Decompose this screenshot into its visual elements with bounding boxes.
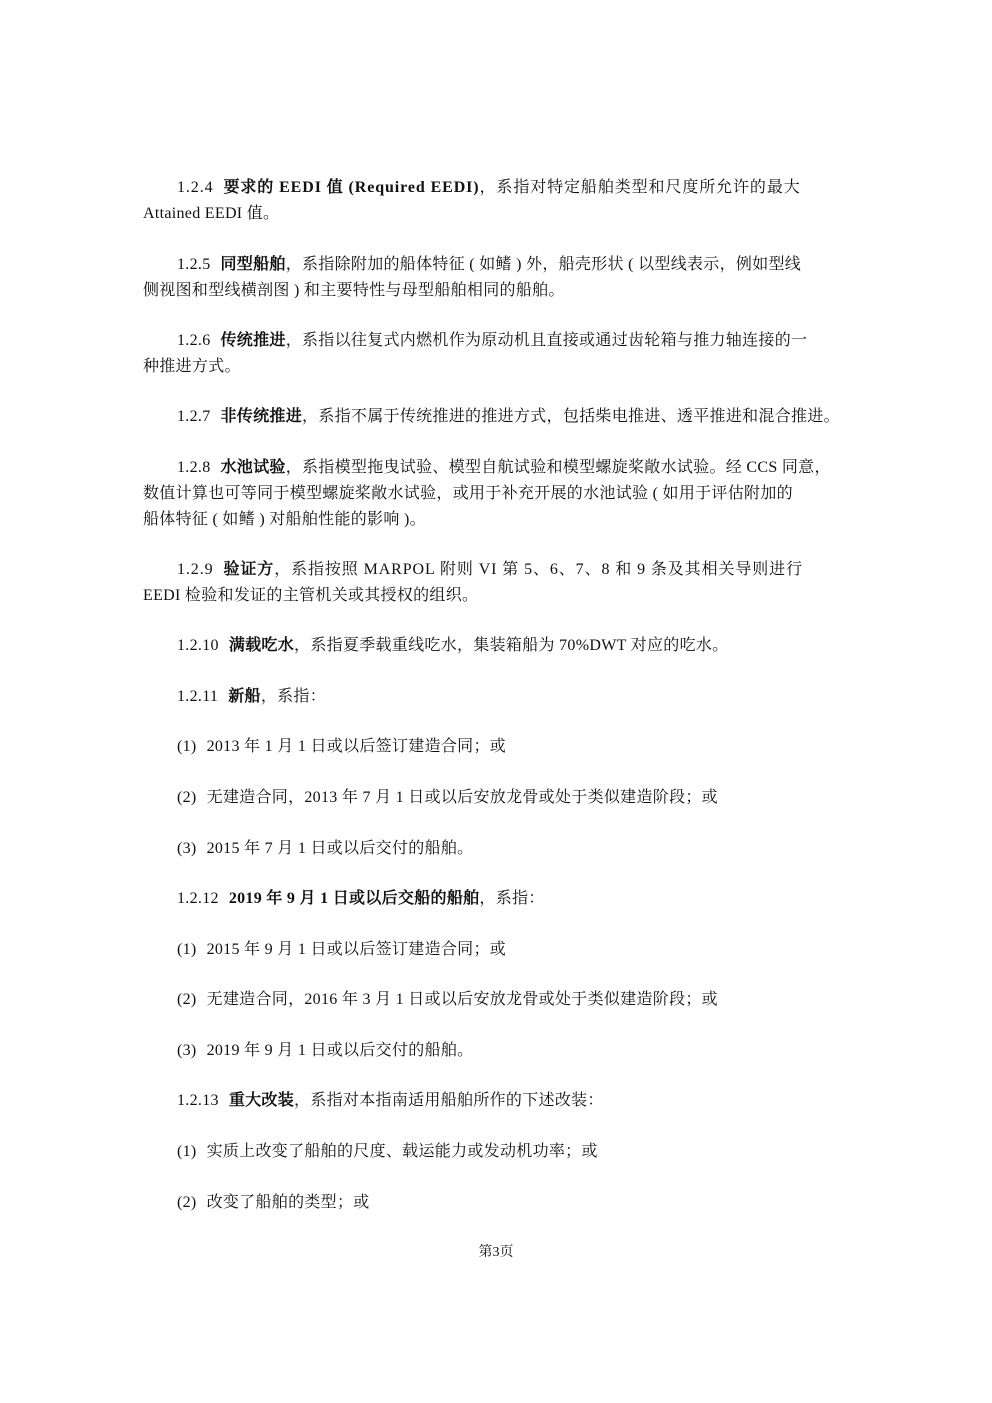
para-1-2-7-line1: 1.2.7非传统推进，系指不属于传统推进的推进方式，包括柴电推进、透平推进和混合… (177, 404, 885, 430)
definition-text: ，系指除附加的船体特征 ( 如鳍 ) 外，船壳形状 ( 以型线表示，例如型线 (286, 256, 801, 273)
para-1-2-5-line2: 侧视图和型线横剖图 ) 和主要特性与母型船舶相同的船舶。 (143, 278, 851, 304)
defined-term: 同型船舶 (221, 256, 286, 273)
list-text: 改变了船舶的类型；或 (207, 1194, 370, 1211)
document-page: 1.2.4要求的 EEDI 值 (Required EEDI)，系指对特定船舶类… (0, 0, 992, 1403)
para-1-2-6-line2: 种推进方式。 (143, 354, 851, 380)
list-label: (2) (177, 1194, 197, 1211)
defined-term: 重大改装 (229, 1092, 294, 1109)
list-text: 2015 年 7 月 1 日或以后交付的船舶。 (207, 840, 474, 857)
list-item: (2)无建造合同，2013 年 7 月 1 日或以后安放龙骨或处于类似建造阶段；… (177, 785, 885, 811)
defined-term: 传统推进 (221, 332, 286, 349)
list-item: (1)2013 年 1 月 1 日或以后签订建造合同；或 (177, 734, 885, 760)
definition-text: ，系指： (261, 688, 326, 705)
para-1-2-12-line1: 1.2.122019 年 9 月 1 日或以后交船的船舶，系指： (177, 886, 885, 912)
list-label: (1) (177, 1143, 197, 1160)
list-item: (3)2019 年 9 月 1 日或以后交付的船舶。 (177, 1038, 885, 1064)
list-text: 实质上改变了船舶的尺度、载运能力或发动机功率；或 (207, 1143, 598, 1160)
list-item: (3)2015 年 7 月 1 日或以后交付的船舶。 (177, 836, 885, 862)
clause-number: 1.2.4 (177, 179, 214, 196)
clause-number: 1.2.7 (177, 408, 211, 425)
clause-number: 1.2.6 (177, 332, 211, 349)
clause-number: 1.2.5 (177, 256, 211, 273)
page-number: 第3页 (0, 1243, 992, 1263)
para-1-2-13-line1: 1.2.13重大改装，系指对本指南适用船舶所作的下述改装： (177, 1088, 885, 1114)
para-1-2-8-line1: 1.2.8水池试验，系指模型拖曳试验、模型自航试验和模型螺旋桨敞水试验。经 CC… (177, 455, 885, 481)
list-item: (1)实质上改变了船舶的尺度、载运能力或发动机功率；或 (177, 1139, 885, 1165)
definition-text: ，系指不属于传统推进的推进方式，包括柴电推进、透平推进和混合推进。 (302, 408, 840, 425)
list-text: 2015 年 9 月 1 日或以后签订建造合同；或 (207, 941, 507, 958)
para-1-2-10-line1: 1.2.10满载吃水，系指夏季载重线吃水，集装箱船为 70%DWT 对应的吃水。 (177, 633, 885, 659)
definition-text: ，系指对特定船舶类型和尺度所允许的最大 (480, 179, 801, 196)
list-label: (1) (177, 738, 197, 755)
clause-number: 1.2.10 (177, 637, 219, 654)
para-1-2-9-line1: 1.2.9验证方，系指按照 MARPOL 附则 VI 第 5、6、7、8 和 9… (177, 557, 885, 583)
para-1-2-4-line1: 1.2.4要求的 EEDI 值 (Required EEDI)，系指对特定船舶类… (177, 175, 885, 201)
list-label: (1) (177, 941, 197, 958)
definition-text: ，系指以往复式内燃机作为原动机且直接或通过齿轮箱与推力轴连接的一 (286, 332, 808, 349)
list-item: (2)改变了船舶的类型；或 (177, 1190, 885, 1216)
list-text: 2013 年 1 月 1 日或以后签订建造合同；或 (207, 738, 507, 755)
definition-text: ，系指夏季载重线吃水，集装箱船为 70%DWT 对应的吃水。 (294, 637, 728, 654)
defined-term: 2019 年 9 月 1 日或以后交船的船舶 (229, 890, 480, 907)
definition-text: ，系指按照 MARPOL 附则 VI 第 5、6、7、8 和 9 条及其相关导则… (274, 561, 803, 578)
para-1-2-6-line1: 1.2.6传统推进，系指以往复式内燃机作为原动机且直接或通过齿轮箱与推力轴连接的… (177, 328, 885, 354)
defined-term: 验证方 (224, 561, 275, 578)
list-label: (3) (177, 1042, 197, 1059)
definition-text: ，系指对本指南适用船舶所作的下述改装： (294, 1092, 604, 1109)
defined-term: 满载吃水 (229, 637, 294, 654)
para-1-2-5-line1: 1.2.5同型船舶，系指除附加的船体特征 ( 如鳍 ) 外，船壳形状 ( 以型线… (177, 252, 885, 278)
definition-text: ，系指模型拖曳试验、模型自航试验和模型螺旋桨敞水试验。经 CCS 同意， (286, 459, 831, 476)
list-text: 无建造合同，2016 年 3 月 1 日或以后安放龙骨或处于类似建造阶段；或 (207, 991, 718, 1008)
para-1-2-8-line3: 船体特征 ( 如鳍 ) 对船舶性能的影响 )。 (143, 507, 851, 533)
list-item: (1)2015 年 9 月 1 日或以后签订建造合同；或 (177, 937, 885, 963)
clause-number: 1.2.13 (177, 1092, 219, 1109)
clause-number: 1.2.12 (177, 890, 219, 907)
defined-term: 要求的 EEDI 值 (Required EEDI) (224, 179, 480, 196)
list-label: (2) (177, 789, 197, 806)
para-1-2-11-line1: 1.2.11新船，系指： (177, 684, 885, 710)
defined-term: 新船 (228, 688, 261, 705)
list-label: (2) (177, 991, 197, 1008)
clause-number: 1.2.8 (177, 459, 211, 476)
defined-term: 非传统推进 (221, 408, 303, 425)
list-label: (3) (177, 840, 197, 857)
list-text: 无建造合同，2013 年 7 月 1 日或以后安放龙骨或处于类似建造阶段；或 (207, 789, 718, 806)
definition-text: ，系指： (479, 890, 544, 907)
clause-number: 1.2.9 (177, 561, 214, 578)
list-text: 2019 年 9 月 1 日或以后交付的船舶。 (207, 1042, 474, 1059)
defined-term: 水池试验 (221, 459, 286, 476)
clause-number: 1.2.11 (177, 688, 218, 705)
para-1-2-4-line2: Attained EEDI 值。 (143, 201, 851, 227)
list-item: (2)无建造合同，2016 年 3 月 1 日或以后安放龙骨或处于类似建造阶段；… (177, 987, 885, 1013)
para-1-2-9-line2: EEDI 检验和发证的主管机关或其授权的组织。 (143, 583, 851, 609)
para-1-2-8-line2: 数值计算也可等同于模型螺旋桨敞水试验，或用于补充开展的水池试验 ( 如用于评估附… (143, 481, 851, 507)
